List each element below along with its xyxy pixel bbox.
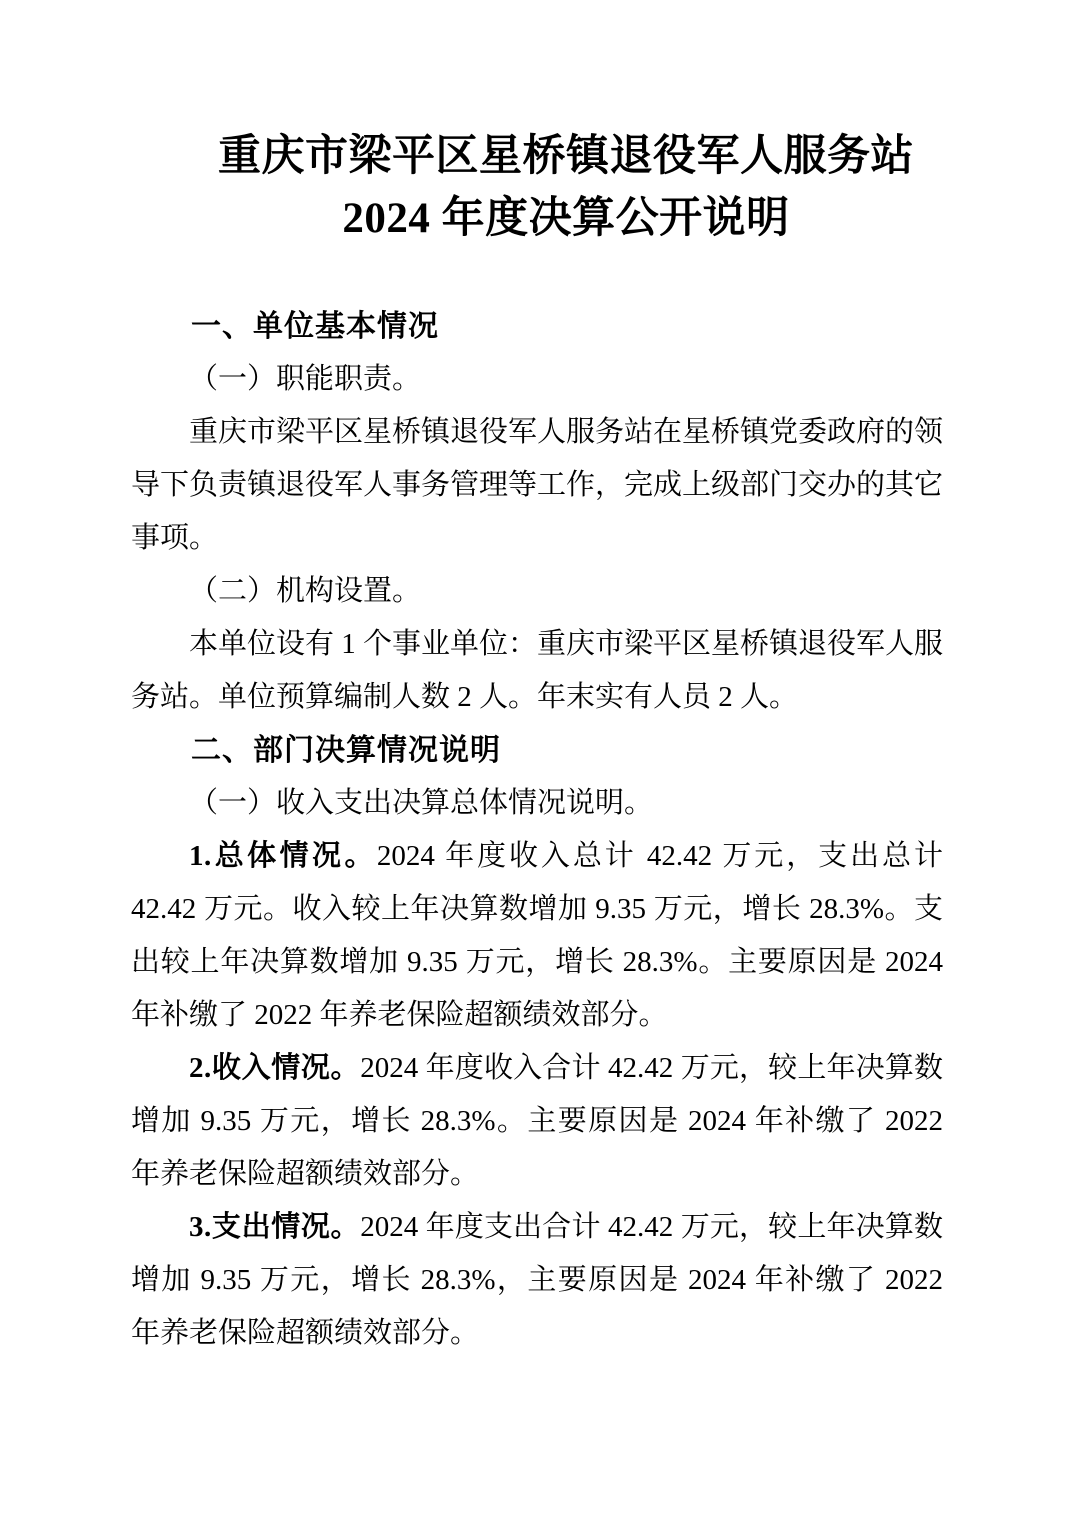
document-title-line2: 2024 年度决算公开说明: [189, 188, 943, 250]
paragraph-overall-lead: 1.总体情况。: [189, 840, 377, 872]
paragraph-income-lead: 2.收入情况。: [189, 1052, 360, 1084]
subsection-heading-2-1: （一）收入支出决算总体情况说明。: [131, 777, 943, 830]
section-heading-2: 二、部门决算情况说明: [131, 724, 943, 777]
paragraph-expenditure: 3.支出情况。2024 年度支出合计 42.42 万元，较上年决算数增加 9.3…: [131, 1201, 943, 1360]
paragraph-organization: 本单位设有 1 个事业单位：重庆市梁平区星桥镇退役军人服务站。单位预算编制人数 …: [131, 618, 943, 724]
subsection-heading-1-1: （一）职能职责。: [131, 353, 943, 406]
paragraph-expenditure-lead: 3.支出情况。: [189, 1211, 360, 1243]
document-title: 重庆市梁平区星桥镇退役军人服务站 2024 年度决算公开说明: [131, 126, 943, 250]
paragraph-overall: 1.总体情况。2024 年度收入总计 42.42 万元，支出总计 42.42 万…: [131, 830, 943, 1042]
paragraph-income: 2.收入情况。2024 年度收入合计 42.42 万元，较上年决算数增加 9.3…: [131, 1042, 943, 1201]
subsection-heading-1-2: （二）机构设置。: [131, 565, 943, 618]
paragraph-duties: 重庆市梁平区星桥镇退役军人服务站在星桥镇党委政府的领导下负责镇退役军人事务管理等…: [131, 406, 943, 565]
document-page: 重庆市梁平区星桥镇退役军人服务站 2024 年度决算公开说明 一、单位基本情况 …: [0, 0, 1074, 1520]
section-heading-1: 一、单位基本情况: [131, 300, 943, 353]
document-title-line1: 重庆市梁平区星桥镇退役军人服务站: [189, 126, 943, 188]
document-body: 一、单位基本情况 （一）职能职责。 重庆市梁平区星桥镇退役军人服务站在星桥镇党委…: [131, 300, 943, 1360]
